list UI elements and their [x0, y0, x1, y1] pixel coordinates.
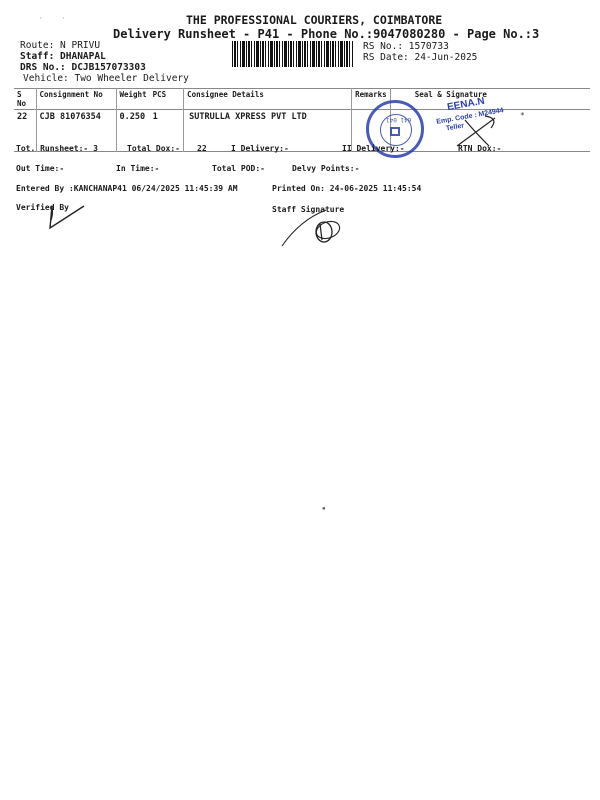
col-consignment-no: Consignment No: [36, 89, 116, 110]
col-consignee-details: Consignee Details: [184, 89, 352, 110]
col-s-no: S No: [14, 89, 36, 110]
scan-artifact-dots: · ·: [38, 14, 72, 24]
col-weight: Weight: [116, 89, 150, 110]
i-delivery: I Delivery:-: [231, 144, 289, 153]
stamp-pincode: 641 041: [386, 116, 411, 123]
tot-runsheet: Tot. Runsheet:- 3: [16, 144, 98, 153]
total-dox-value: 22: [197, 144, 207, 153]
out-time: Out Time:-: [16, 164, 64, 173]
verified-by-signature: [44, 200, 89, 232]
stamp-logo-icon: [390, 127, 400, 136]
staff-label: Staff: DHANAPAL: [20, 51, 106, 62]
scan-mark: *: [520, 111, 525, 120]
ii-delivery: II Delivery:-: [342, 144, 405, 153]
rs-number: RS No.: 1570733: [363, 41, 449, 52]
col-seal-signature: Seal & Signature: [390, 89, 590, 110]
company-title: THE PROFESSIONAL COURIERS, COIMBATORE: [186, 13, 442, 27]
barcode: [232, 41, 354, 67]
drs-number: DRS No.: DCJB157073303: [20, 62, 146, 73]
staff-signature-scribble: [280, 206, 350, 248]
total-dox-label: Total Dox:-: [127, 144, 180, 153]
entered-by: Entered By :KANCHANAP41 06/24/2025 11:45…: [16, 184, 238, 193]
total-pod: Total POD:-: [212, 164, 265, 173]
route-label: Route: N PRIVU: [20, 40, 100, 51]
runsheet-subtitle: Delivery Runsheet - P41 - Phone No.:9047…: [113, 27, 539, 41]
table-header-row: S No Consignment No Weight PCS Consignee…: [14, 89, 590, 110]
in-time: In Time:-: [116, 164, 159, 173]
rtn-dox: RTN Dox:-: [458, 144, 501, 153]
vehicle-label: Vehicle: Two Wheeler Delivery: [23, 73, 189, 84]
rs-date: RS Date: 24-Jun-2025: [363, 52, 477, 63]
printed-on: Printed On: 24-06-2025 11:45:54: [272, 184, 421, 193]
col-pcs: PCS: [150, 89, 184, 110]
delvy-points: Delvy Points:-: [292, 164, 359, 173]
scan-speck: ▪: [322, 505, 326, 512]
